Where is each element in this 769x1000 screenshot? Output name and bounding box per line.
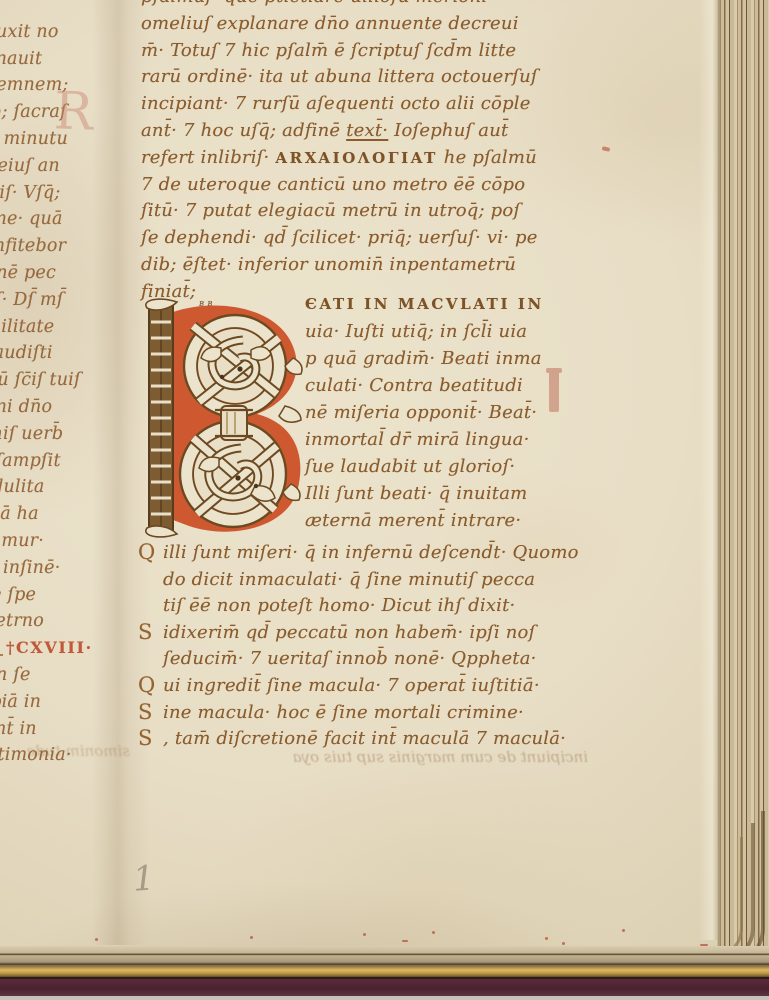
text-line: rarū ordinē· ita ut abuna littera octoue… (141, 64, 653, 91)
text-line: mini dn̄o (0, 394, 123, 421)
main-text-block-top: pſalmuſ· que ptietiare uilioſū merioniom… (141, 0, 653, 306)
svg-text:ʙ ʙ: ʙ ʙ (198, 299, 213, 309)
red-speck (545, 937, 548, 940)
text-line: Qui ingredit̄ ſine macula· 7 operat̄ iuſ… (138, 673, 666, 700)
gilt-edge (0, 966, 769, 977)
bottom-page-edge (0, 946, 769, 966)
text-line: dib; ēſtet· inferior unomin̄ inpentametr… (141, 252, 653, 279)
outdent-initial: Q (138, 539, 155, 566)
psalm-section-block: ʙ ʙ ЄATI IN MACVLATI INuia· Iuſti utiq̄;… (141, 290, 653, 540)
main-text-block-bottom: Qilli ſunt miſeri· q̄ in infernū deſcend… (138, 540, 666, 753)
leather-cover (0, 979, 769, 996)
text-line: exaudiſti (0, 340, 123, 367)
text-line: Qilli ſunt miſeri· q̄ in infernū deſcend… (138, 540, 666, 567)
text-line: confitebor (0, 233, 123, 260)
outdent-initial: S (138, 619, 153, 646)
showthrough-text-left: simonim tude (0, 742, 130, 760)
fore-edge-page-stack (717, 0, 769, 950)
text-line: ЄATI IN MACVLATI IN (305, 290, 653, 318)
faded-red-initial: R (53, 85, 94, 138)
paraph-line (0, 641, 3, 656)
text-line: æternā merent̄ intrare· (305, 507, 653, 534)
outdent-initial: S (138, 725, 153, 752)
text-line: pſalmuſ· que ptietiare uilioſū merioni (141, 0, 653, 11)
red-speck (622, 929, 625, 932)
text-line: r cū ſc̄iſ tuiſ (0, 367, 123, 394)
red-speck (402, 940, 408, 942)
text-line: redulita (0, 474, 123, 501)
illuminated-initial-B: ʙ ʙ (143, 298, 311, 538)
text-line: p quā gradim̄· Beati inma (305, 345, 653, 372)
text-line: ut eiuſ an (0, 153, 123, 180)
text-line: æ·etrno (0, 608, 123, 635)
text-line: ſionē pec (0, 260, 123, 287)
red-speck (250, 936, 253, 939)
showthrough-text: incipiunt de cum marginis sup tuis oya (168, 748, 588, 766)
text-line: inmortal̄ dr̄ mirā lingua· (305, 426, 653, 453)
text-line: ū in ſe (0, 662, 123, 689)
text-line: minauit (0, 46, 123, 73)
text-line: teamur· (0, 528, 123, 555)
text-line: nime· quā (0, 206, 123, 233)
text-line: ant̄· 7 hoc uſq̄; adfinē text̄· Ioſephuſ… (141, 118, 653, 145)
red-speck (95, 938, 98, 941)
red-speck (432, 931, 435, 934)
text-line: †CXVIII· (0, 635, 123, 662)
text-line: incipiant· 7 rurſū aſequenti octo alii c… (141, 91, 653, 118)
text-line: nent̄ in (0, 716, 123, 743)
text-line: Illi ſunt beati· q̄ inuitam (305, 480, 653, 507)
text-line: n luxit no (0, 19, 123, 46)
red-speck (363, 933, 366, 936)
text-line: nſe ſpe (0, 582, 123, 609)
text-line: 7 de uteroque canticū uno metro ēē cōpo (141, 172, 653, 199)
text-line: uciā ha (0, 501, 123, 528)
text-line: ſue laudabit ut glorioſ· (305, 453, 653, 480)
text-line: omeliuſ explanare dn̄o annuente decreui (141, 11, 653, 38)
text-line: Sidixerim̄ qd̄ peccatū non habem̄· ipſi … (138, 620, 666, 647)
text-line: umilitate (0, 314, 123, 341)
text-line: ippiā in (0, 689, 123, 716)
text-line: ſq̄; inſinē· (0, 555, 123, 582)
text-line: do dicit inmaculati· q̄ ſine minutiſ pec… (138, 567, 666, 594)
manuscript-photo: ſ pn luxit nominauitſolemnem;uib; ſacraſ… (0, 0, 769, 1000)
text-line: ſitū· 7 putat elegiacū metrū in utroq̄; … (141, 198, 653, 225)
outdent-initial: S (138, 699, 153, 726)
red-marginal-initial-I (549, 368, 559, 412)
red-speck (562, 942, 565, 945)
text-line: ſ p (0, 0, 123, 19)
text-line: uia· Iuſti utiq̄; in ſcl̄i uia (305, 318, 653, 345)
text-line: refert inlibriſ· ARXAIOΛOΓIAT he pſalmū (141, 145, 653, 172)
initial-B-artwork: ʙ ʙ (143, 298, 311, 538)
pencil-folio-mark: 1 (132, 861, 156, 896)
text-line: ſe dephendi· qd̄ ſcilicet· priq̄; uerſuſ… (141, 225, 653, 252)
text-line: uaſ· Dſ̄ mſ̄ (0, 287, 123, 314)
text-line: Sine macula· hoc ē ſine mortali crimine· (138, 700, 666, 727)
text-line: Inhiſ uerb̄ (0, 421, 123, 448)
text-line: ; aſampſit (0, 448, 123, 475)
photo-backdrop (0, 996, 769, 1000)
text-line: nē miſeria opponit̄· Beat̄· (305, 399, 653, 426)
text-line: tiſ ēē non poteſt homo· Dicut ihſ dixit· (138, 593, 666, 620)
section-text-lines: ЄATI IN MACVLATI INuia· Iuſti utiq̄; in … (305, 290, 653, 534)
text-line: ſeducim̄· 7 ueritaſ innob̄ nonē· Qppheta… (138, 646, 666, 673)
text-line: culati· Contra beatitudi (305, 372, 653, 399)
text-line: m̄· Totuſ 7 hic pſalm̄ ē ſcriptuſ ſcd̄m … (141, 38, 653, 65)
text-line: tariſ· Vſq̄; (0, 180, 123, 207)
outdent-initial: Q (138, 672, 155, 699)
